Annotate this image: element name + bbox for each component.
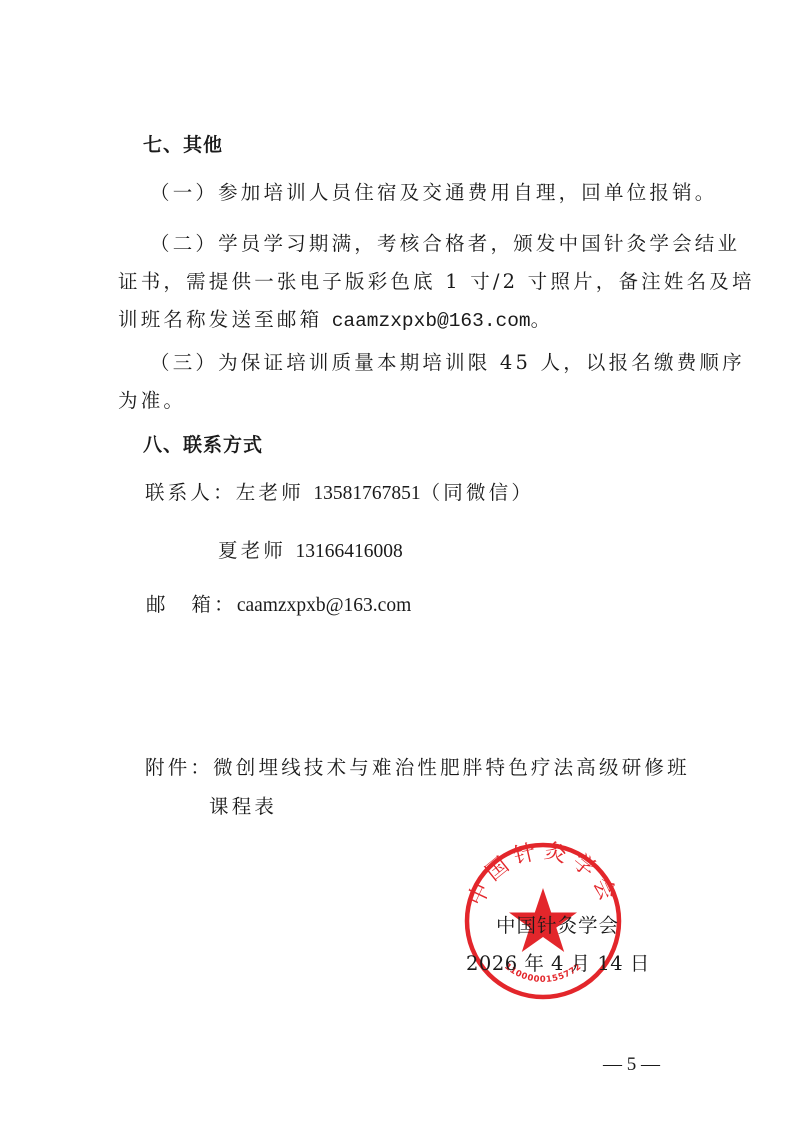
contact-1: 联系人：左老师 13581767851（同微信） — [145, 483, 534, 504]
contact-1-phone: 13581767851 — [313, 483, 420, 504]
contact-email: 邮 箱：caamzxpxb@163.com — [146, 595, 411, 616]
section-7-item-3-line-1: （三）为保证培训质量本期培训限 45 人，以报名缴费顺序 — [150, 353, 745, 373]
contact-2-phone: 13166416008 — [296, 541, 403, 562]
item-2-email: caamzxpxb@163.com。 — [332, 310, 550, 332]
section-7-item-2-line-3: 训班名称发送至邮箱 caamzxpxb@163.com。 — [118, 310, 550, 332]
contact-1-note: （同微信） — [421, 481, 535, 504]
signature-date: 2026 年 4 月 14 日 — [466, 954, 650, 974]
contact-label: 联系人：左老师 — [145, 481, 313, 504]
item-2-line-3-prefix: 训班名称发送至邮箱 — [118, 308, 332, 331]
contact-2: 夏老师 13166416008 — [218, 541, 403, 562]
section-8-heading: 八、联系方式 — [143, 436, 263, 455]
section-7-heading: 七、其他 — [143, 136, 223, 155]
email-value: caamzxpxb@163.com — [237, 595, 411, 616]
email-label: 邮 箱： — [146, 593, 237, 616]
section-7-item-2-line-1: （二）学员学习期满，考核合格者，颁发中国针灸学会结业 — [150, 234, 740, 254]
attachment-line-1: 附件：微创埋线技术与难治性肥胖特色疗法高级研修班 — [145, 758, 690, 778]
contact-2-name: 夏老师 — [218, 539, 296, 562]
page-number: — 5 — — [603, 1054, 660, 1076]
section-7-item-3-line-2: 为准。 — [118, 391, 186, 411]
attachment-line-2: 课程表 — [209, 797, 277, 817]
section-7-item-1: （一）参加培训人员住宿及交通费用自理，回单位报销。 — [150, 183, 718, 203]
section-7-item-2-line-2: 证书，需提供一张电子版彩色底 1 寸/2 寸照片，备注姓名及培 — [118, 272, 755, 292]
signature-org: 中国针灸学会 — [496, 916, 619, 936]
